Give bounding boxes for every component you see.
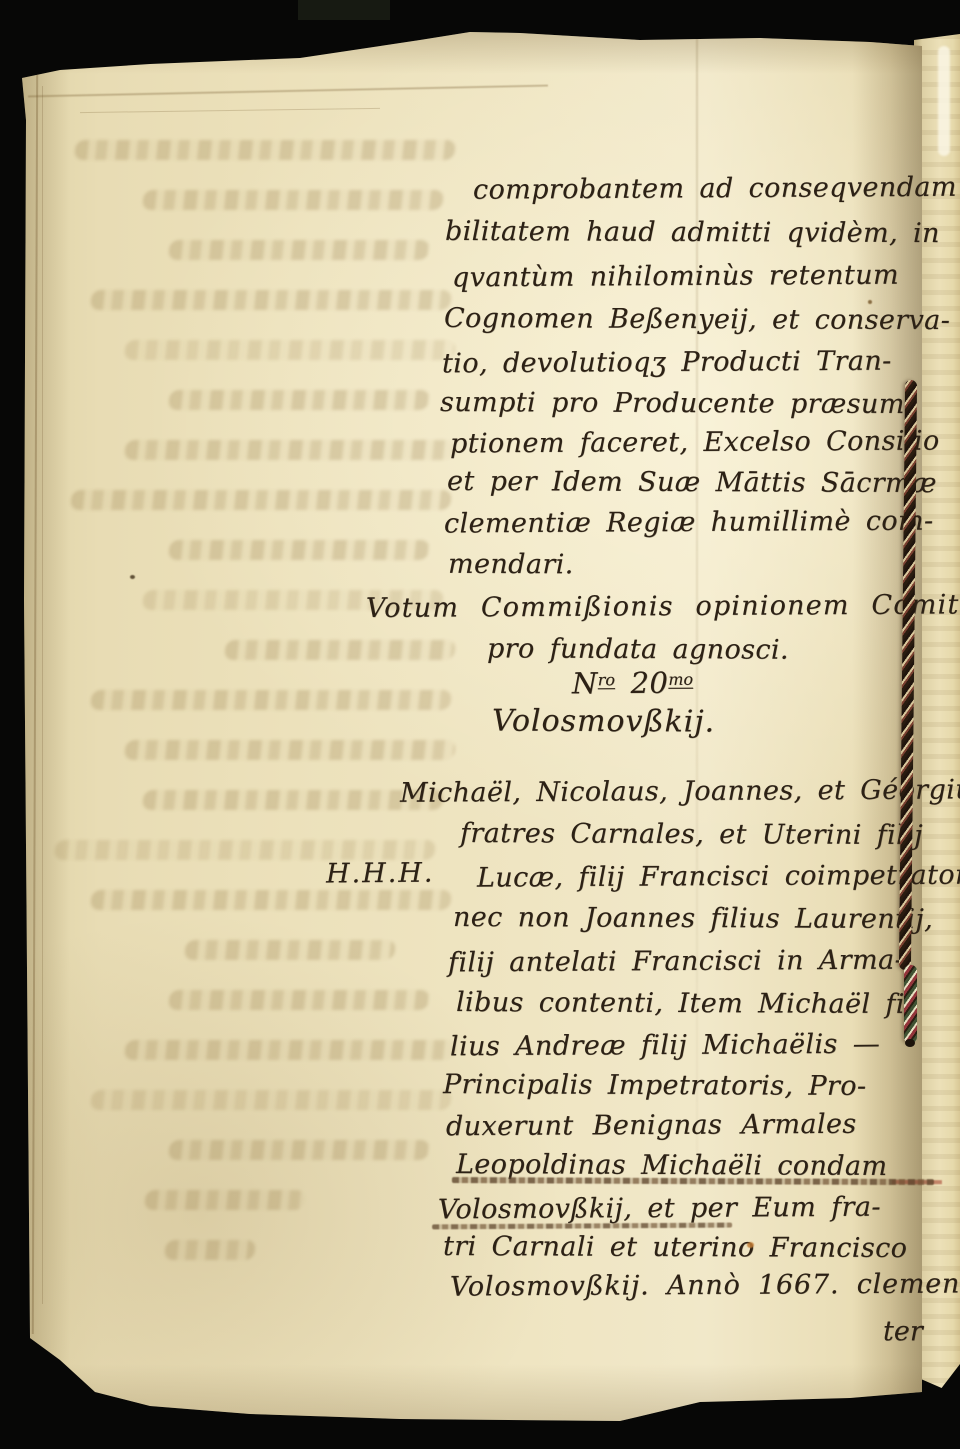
- text-line: ptionem faceret, Excelso Consilio: [450, 426, 940, 461]
- text-line: Votum Commißionis opinionem Comitatùs: [366, 589, 960, 625]
- text-line: fratres Carnales, et Uterini filij: [460, 818, 923, 852]
- text-line: et per Idem Suæ Māttis Sācrmæ: [447, 466, 937, 501]
- catchword: ter: [883, 1316, 923, 1348]
- manuscript-lines: comprobantem ad conseqvendam No-bilitate…: [0, 0, 960, 1449]
- text-line: sumpti pro Producente præsum-: [440, 387, 914, 421]
- text-line: filij antelati Francisci in Arma-: [448, 945, 904, 980]
- text-line: duxerunt Benignas Armales: [446, 1109, 857, 1144]
- text-line: mendari.: [448, 549, 574, 582]
- ink-speck: [130, 575, 135, 579]
- text-line: comprobantem ad conseqvendam No-: [473, 171, 960, 207]
- binding-cord-end: [904, 965, 917, 1043]
- text-line: clementiæ Regiæ humillimè com-: [444, 506, 934, 541]
- text-line: libus contenti, Item Michaël fi-: [456, 987, 914, 1021]
- text-line: Lucæ, filij Francisci coimpetratoris,: [477, 859, 960, 895]
- manuscript-photo: comprobantem ad conseqvendam No-bilitate…: [0, 0, 960, 1449]
- text-line: lius Andreæ filij Michaëlis —: [450, 1029, 880, 1064]
- text-line: Volosmovßkij, et per Eum fra-: [438, 1192, 881, 1227]
- margin-note: H.H.H.: [326, 858, 435, 891]
- ink-speck: [747, 1242, 754, 1248]
- text-line: Michaël, Nicolaus, Joannes, et Géorgius: [400, 774, 960, 810]
- text-line: tio, devolutioqʒ Producti Tran-: [442, 346, 892, 381]
- text-line: Leopoldinas Michaëli condam: [456, 1149, 888, 1183]
- text-line: pro fundata agnosci.: [487, 633, 789, 667]
- text-line: qvantùm nihilominùs retentum: [452, 260, 899, 295]
- text-line: Nro 20mo: [572, 666, 693, 702]
- text-line: Principalis Impetratoris, Pro-: [443, 1069, 867, 1103]
- text-line: bilitatem haud admitti qvidèm, in: [445, 216, 940, 251]
- text-line: Volosmovßkij.: [492, 704, 715, 741]
- text-line: nec non Joannes filius Laurentij,: [453, 902, 933, 936]
- text-line: tri Carnali et uterino Francisco: [443, 1231, 907, 1265]
- ink-speck: [868, 300, 872, 304]
- text-line: Cognomen Beßenyeij, et conserva-: [444, 303, 950, 338]
- text-line: Volosmovßkij. Annò 1667. clemen-: [450, 1268, 960, 1304]
